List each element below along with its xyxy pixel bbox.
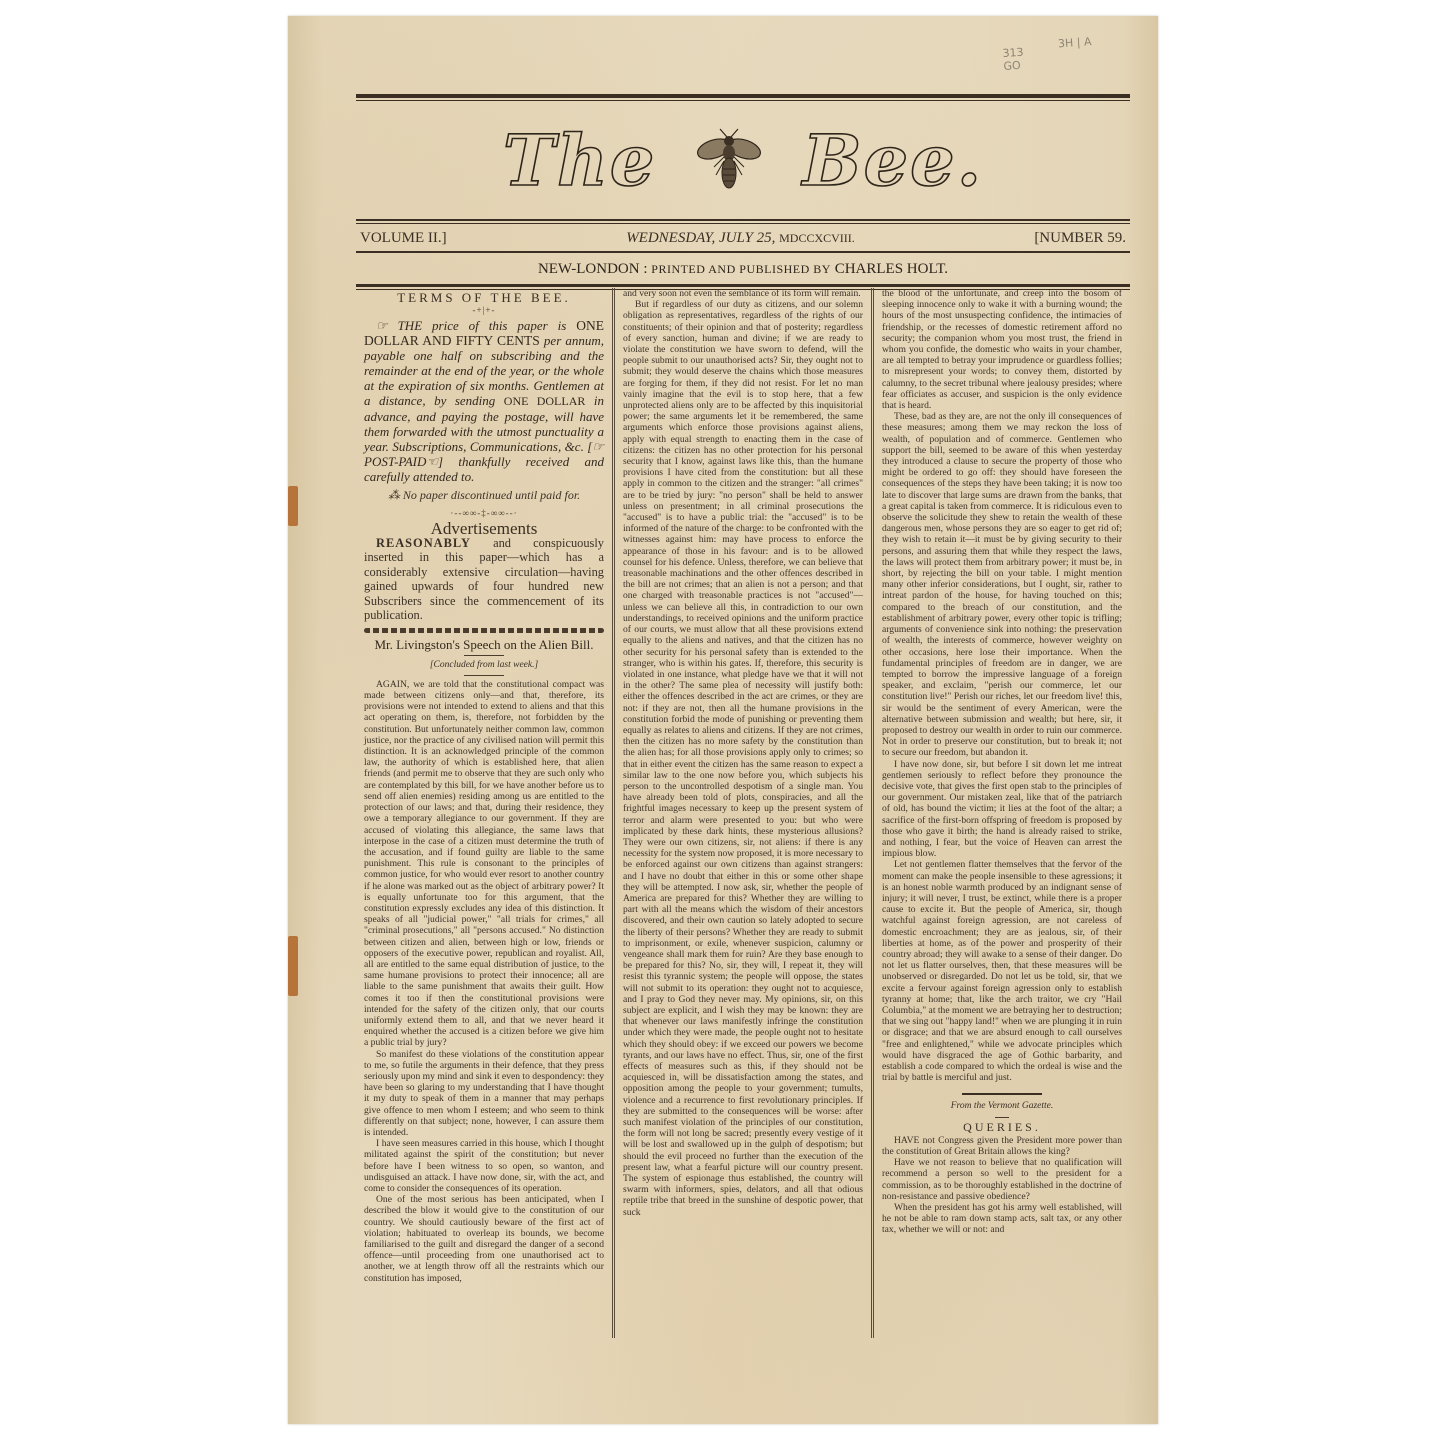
imprint-name: CHARLES HOLT. xyxy=(835,261,948,277)
pencil-mark-left: 313 GO xyxy=(1002,45,1034,73)
article-paragraph: These, bad as they are, are not the only… xyxy=(882,411,1122,758)
newspaper-page: 313 GO 3H | A The Bee. xyxy=(288,16,1158,1424)
column-2: and very soon not even the semblance of … xyxy=(612,288,871,1338)
concluded-note: [Concluded from last week.] xyxy=(364,660,604,671)
column-3: the blood of the unfortunate, and creep … xyxy=(871,288,1130,1338)
masthead-rule xyxy=(356,284,1130,287)
query-paragraph: HAVE not Congress given the President mo… xyxy=(882,1135,1122,1157)
article-paragraph: One of the most serious has been anticip… xyxy=(364,1194,604,1284)
column-1: TERMS OF THE BEE. -+|+- ☞ THE price of t… xyxy=(356,288,612,1338)
masthead-rule xyxy=(356,219,1130,221)
imprint-line: NEW-LONDON : PRINTED AND PUBLISHED BY CH… xyxy=(356,255,1130,284)
nameplate-the: The xyxy=(503,119,657,202)
ornament: ·--∞∞-‡-∞∞--· xyxy=(364,508,604,519)
ornament: -+|+- xyxy=(364,305,604,316)
terms-heading: TERMS OF THE BEE. xyxy=(364,292,604,303)
article-columns: TERMS OF THE BEE. -+|+- ☞ THE price of t… xyxy=(356,288,1130,1338)
terms-text-1: ☞ THE price of this paper is xyxy=(376,318,566,333)
short-rule xyxy=(995,1117,1009,1118)
speech-heading: Mr. Livingston's Speech on the Alien Bil… xyxy=(364,639,604,650)
source-line: From the Vermont Gazette. xyxy=(882,1101,1122,1112)
ornamental-rule xyxy=(364,628,604,633)
no-paper-notice: ⁂ No paper discontinued until paid for. xyxy=(364,490,604,501)
issue-year: MDCCXCVIII. xyxy=(779,231,855,245)
issue-date-text: WEDNESDAY, JULY 25, xyxy=(626,230,775,246)
issue-number: [NUMBER 59. xyxy=(1034,230,1126,247)
article-paragraph: and very soon not even the semblance of … xyxy=(623,288,863,299)
pencil-mark-right: 3H | A xyxy=(1058,35,1099,51)
article-paragraph: the blood of the unfortunate, and creep … xyxy=(882,288,1122,411)
terms-advance: ONE DOLLAR xyxy=(504,394,586,408)
article-paragraph: I have now done, sir, but before I sit d… xyxy=(882,759,1122,860)
article-paragraph: I have seen measures carried in this hou… xyxy=(364,1138,604,1194)
article-paragraph: AGAIN, we are told that the constitution… xyxy=(364,679,604,1049)
query-paragraph: Have we not reason to believe that no qu… xyxy=(882,1157,1122,1202)
article-paragraph: So manifest do these violations of the c… xyxy=(364,1049,604,1139)
article-paragraph: But if regardless of our duty as citizen… xyxy=(623,299,863,1218)
issue-date: WEDNESDAY, JULY 25, MDCCXCVIII. xyxy=(626,230,855,247)
short-rule xyxy=(464,655,504,656)
advertisements-heading: Advertisements xyxy=(364,523,604,534)
edge-stain xyxy=(288,486,298,526)
bee-icon xyxy=(694,127,764,193)
masthead-rule xyxy=(356,251,1130,253)
dateline: VOLUME II.] WEDNESDAY, JULY 25, MDCCXCVI… xyxy=(356,224,1130,251)
advertisements-lead: REASONABLY xyxy=(376,536,471,550)
article-paragraph: Let not gentlemen flatter themselves tha… xyxy=(882,859,1122,1083)
section-rule xyxy=(962,1093,1042,1095)
queries-heading: QUERIES. xyxy=(882,1122,1122,1133)
masthead: The Bee. VOLUME II.] xyxy=(356,94,1130,290)
masthead-rule xyxy=(356,94,1130,98)
imprint-place: NEW-LONDON : xyxy=(538,261,648,277)
advertisements-text: REASONABLY and conspicuously inserted in… xyxy=(364,536,604,622)
nameplate: The Bee. xyxy=(356,101,1130,219)
nameplate-bee: Bee. xyxy=(802,119,983,202)
query-paragraph: When the president has got his army well… xyxy=(882,1202,1122,1236)
imprint-mid: PRINTED AND PUBLISHED BY xyxy=(651,262,831,276)
edge-stain xyxy=(288,936,298,996)
terms-text: ☞ THE price of this paper is ONE DOLLAR … xyxy=(364,318,604,484)
short-rule xyxy=(464,675,504,676)
volume-label: VOLUME II.] xyxy=(360,230,447,247)
